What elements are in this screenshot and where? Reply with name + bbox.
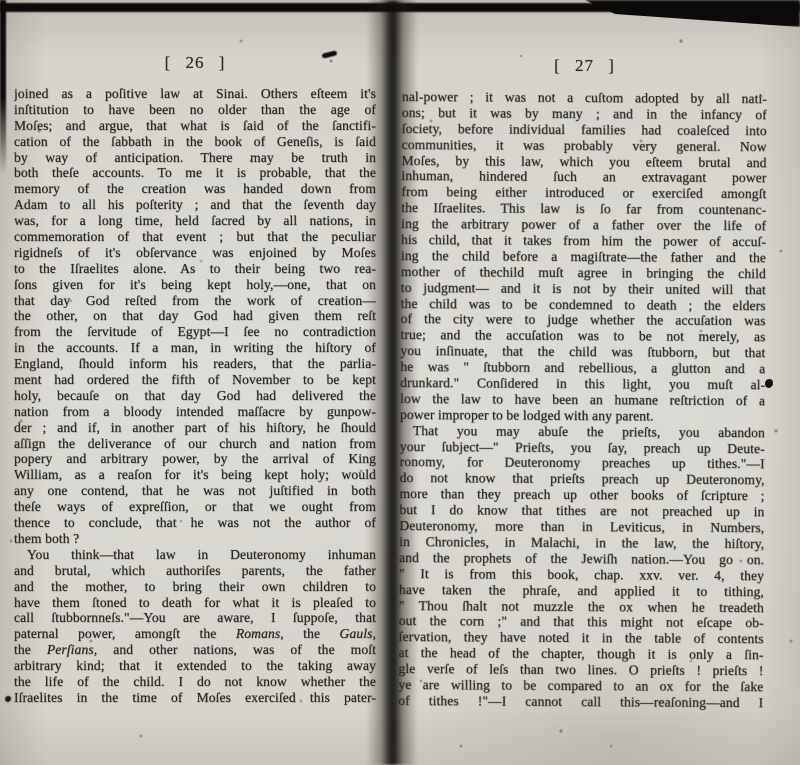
text-line: William, as a reaſon for it's being kept… — [14, 467, 376, 483]
text-line: both theſe accounts. To me it is probabl… — [14, 165, 376, 181]
text-line: call ſtubbornneſs."—You are aware, I ſup… — [14, 610, 376, 626]
text-line: from the ſervitude of Egypt—I ſee no con… — [14, 324, 376, 340]
text-line: England, ſhould inform his readers, that… — [14, 356, 376, 372]
scan-left-edge — [0, 0, 6, 175]
text-line: to the Iſraelites alone. As to their bei… — [14, 261, 376, 277]
text-line: rigidneſs of it's obſervance was enjoine… — [14, 245, 376, 261]
text-line: that day God reſted from the work of cre… — [14, 293, 376, 309]
text-line: the other, on that day God had given the… — [14, 308, 376, 324]
text-line: Iſraelites in the time of Moſes exerciſe… — [14, 690, 376, 706]
text-line: and brutal, which authoriſes parents, th… — [14, 563, 376, 579]
text-line: theſe ways of expreſſion, or that we oug… — [14, 499, 376, 515]
text-line: inſtitution to have been no older than t… — [14, 102, 376, 118]
text-line: the life of the child. I do not know whe… — [14, 674, 376, 690]
text-line: Moſes; and argue, that what is ſaid of t… — [14, 118, 376, 134]
text-line: was, for a long time, held ſacred by all… — [14, 213, 376, 229]
text-line: any one contend, that he was not juſtifi… — [14, 483, 376, 499]
text-line: cation of the ſabbath in the book of Gen… — [14, 134, 376, 150]
text-line: holy, becauſe on that day God had delive… — [14, 388, 376, 404]
text-line: Adam to all his poſterity ; and that the… — [14, 197, 376, 213]
text-line: joined as a poſitive law at Sinai. Other… — [14, 86, 376, 102]
book-scan: [ 26 ] [ 27 ] joined as a poſitive law a… — [0, 0, 800, 765]
right-page-text: nal-power ; it was not a cuſtom adopted … — [398, 89, 767, 711]
text-line: commemoration of that event ; but that t… — [14, 229, 376, 245]
text-line: You think—that law in Deuteronomy inhuma… — [14, 547, 376, 563]
text-line: popery and arbitrary power, by the arriv… — [14, 451, 376, 467]
page-number-right: [ 27 ] — [402, 56, 767, 80]
text-line: by way of anticipation. There may be tru… — [14, 150, 376, 166]
text-line: and the mother, to bring their own child… — [14, 579, 376, 595]
text-line: ſons given for it's being kept holy,—one… — [14, 277, 376, 293]
text-line: ment had ordered the fifth of November t… — [14, 372, 376, 388]
text-line: aſſign the deliverance of our church and… — [14, 436, 376, 452]
text-line: der ; and if, in another part of his hiſ… — [14, 420, 376, 436]
text-line: the Perſians, and other nations, was of … — [14, 642, 376, 658]
text-line: them both ? — [14, 531, 376, 547]
text-line: arbitrary kind; that it extended to the … — [14, 658, 376, 674]
left-page-text: joined as a poſitive law at Sinai. Other… — [14, 86, 376, 706]
text-line: in the accounts. If a man, in writing th… — [14, 340, 376, 356]
text-line: of tithes !"—I cannot call this—reaſonin… — [398, 693, 763, 711]
text-line: thence to conclude, that he was not the … — [14, 515, 376, 531]
text-line: have them ſtoned to death for what it is… — [14, 595, 376, 611]
text-line: paternal power, amongſt the Romans, the … — [14, 626, 376, 642]
text-line: memory of the creation was handed down f… — [14, 181, 376, 197]
text-line: nation from a bloody intended maſſacre b… — [14, 404, 376, 420]
